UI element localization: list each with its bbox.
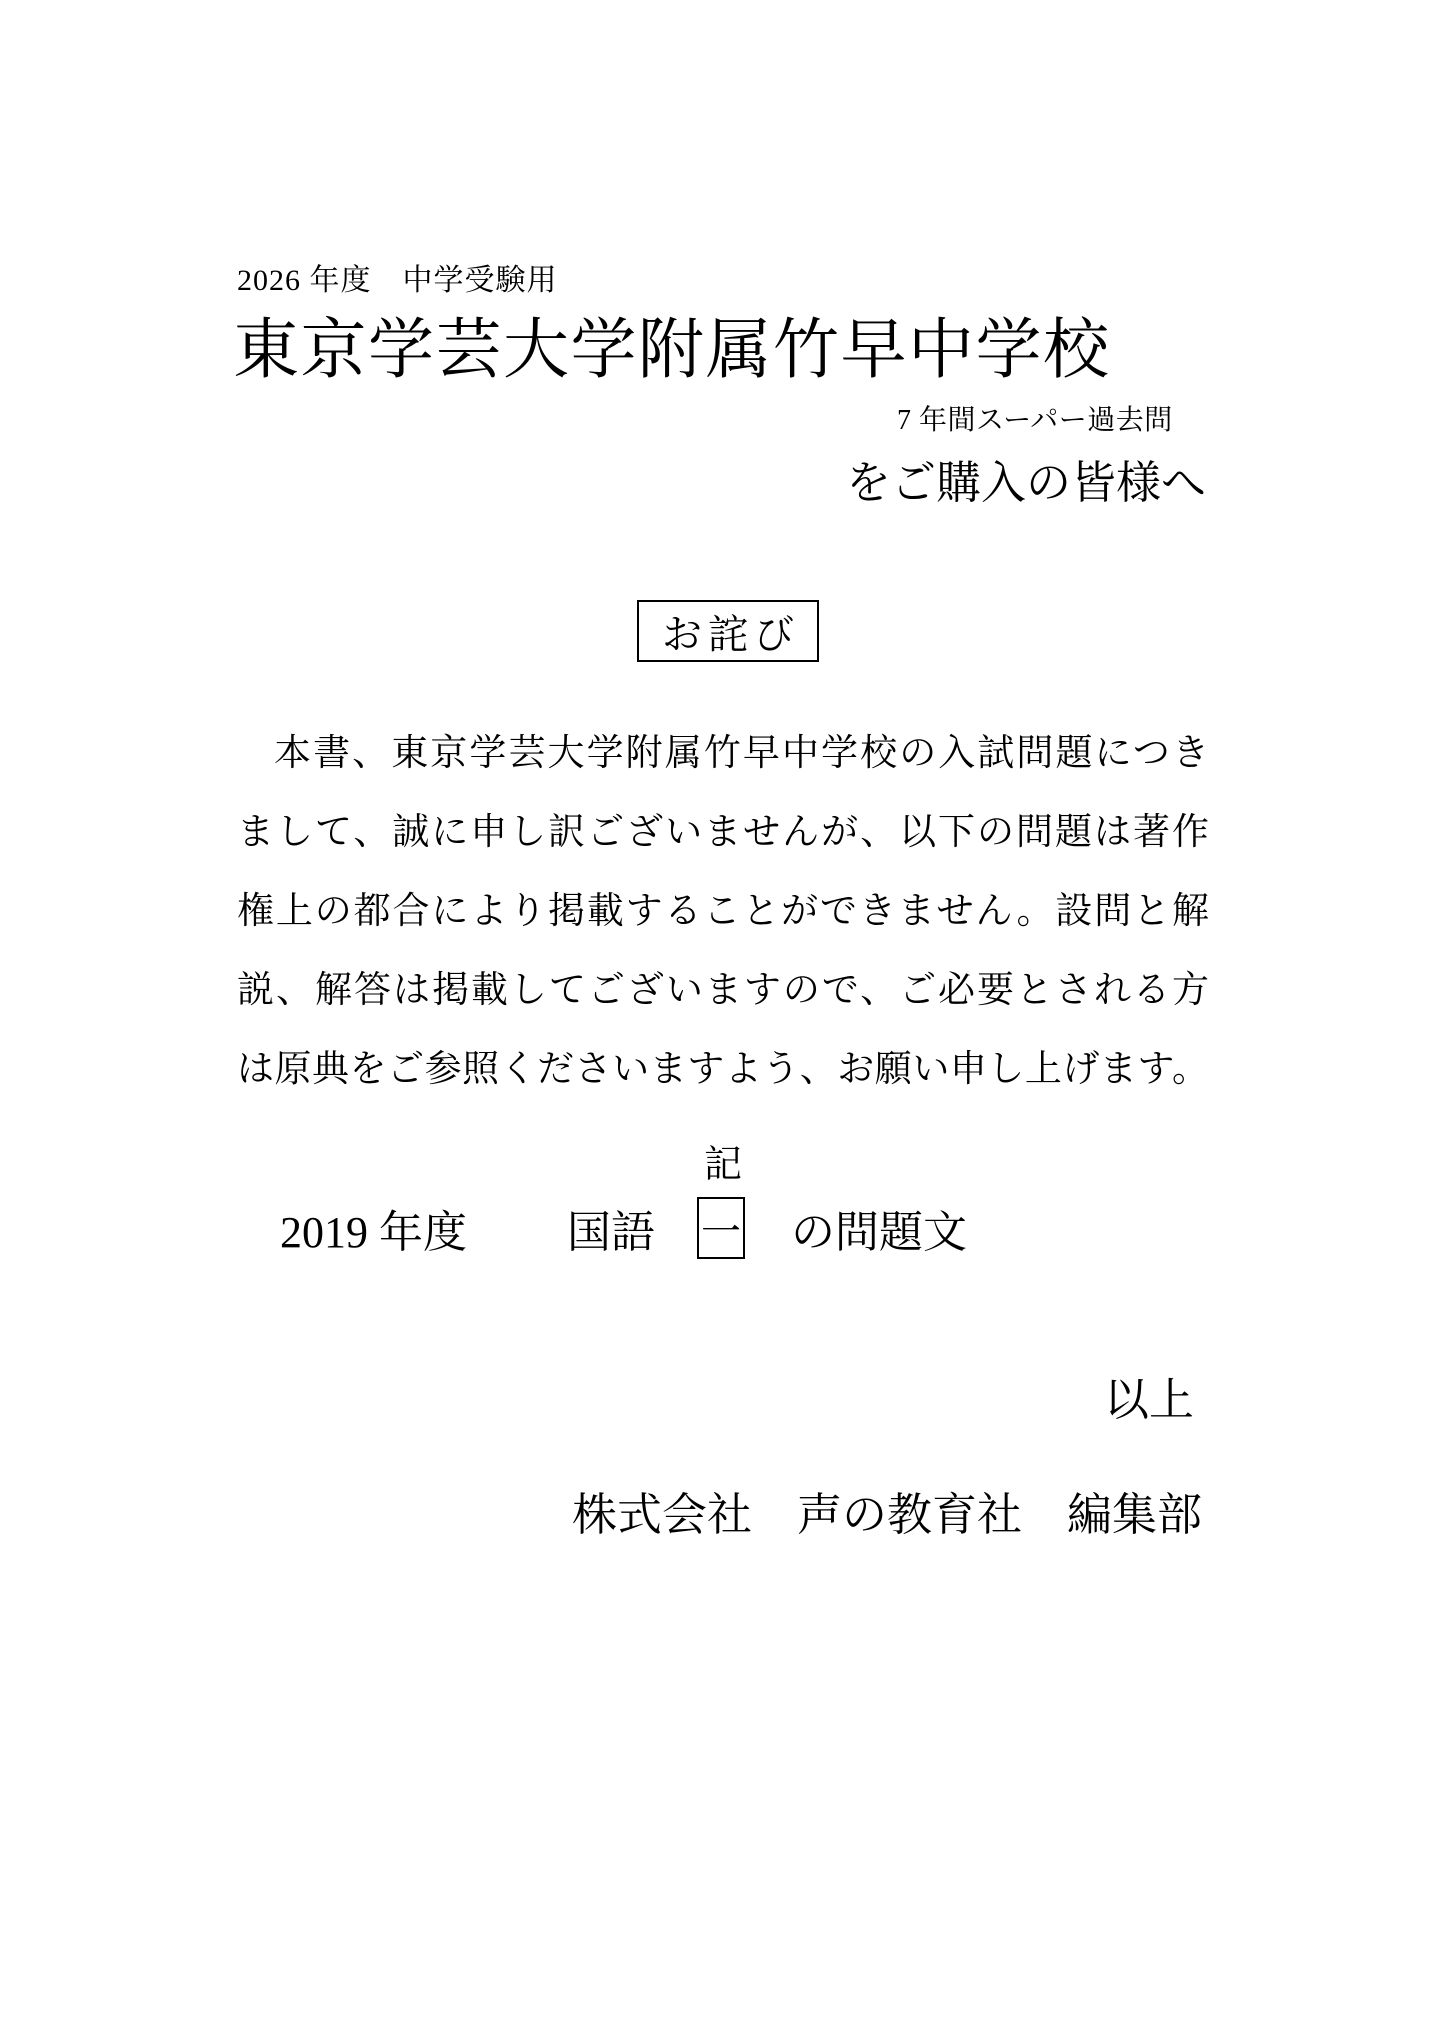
body-line-2: まして、誠に申し訳ございませんが、以下の問題は著作 [237,793,1209,872]
omitted-item-section-box: 一 [697,1197,745,1259]
omitted-item-year: 2019 年度 [280,1196,467,1260]
body-line-1: 本書、東京学芸大学附属竹早中学校の入試問題につき [237,714,1209,793]
omitted-item-suffix: の問題文 [791,1196,967,1260]
body-line-5: は原典をご参照くださいますよう、お願い申し上げます。 [237,1030,1209,1109]
apology-title-box: お詫び [637,600,819,662]
omitted-item-row: 2019 年度 国語 一 の問題文 [280,1196,967,1260]
school-name-title: 東京学芸大学附属竹早中学校 [233,296,1111,391]
omitted-item-section-number: 一 [701,1200,741,1257]
body-line-3: 権上の都合により掲載することができません。設問と解 [237,872,1209,951]
publisher-label: 株式会社 声の教育社 編集部 [572,1478,1202,1543]
series-name-label: 7 年間スーパー過去問 [897,398,1173,438]
omitted-item-subject: 国語 [567,1196,655,1260]
apology-notice-page: 2026 年度 中学受験用 東京学芸大学附属竹早中学校 7 年間スーパー過去問 … [0,0,1434,2024]
body-line-4: 説、解答は掲載してございますので、ご必要とされる方 [237,951,1209,1030]
edition-year-label: 2026 年度 中学受験用 [237,255,558,299]
record-mark-label: 記 [237,1133,1209,1188]
apology-title-label: お詫び [656,603,800,660]
audience-label: をご購入の皆様へ [846,446,1206,511]
apology-body-paragraph: 本書、東京学芸大学附属竹早中学校の入試問題につき まして、誠に申し訳ございません… [237,714,1209,1109]
closing-label: 以上 [1104,1363,1194,1428]
